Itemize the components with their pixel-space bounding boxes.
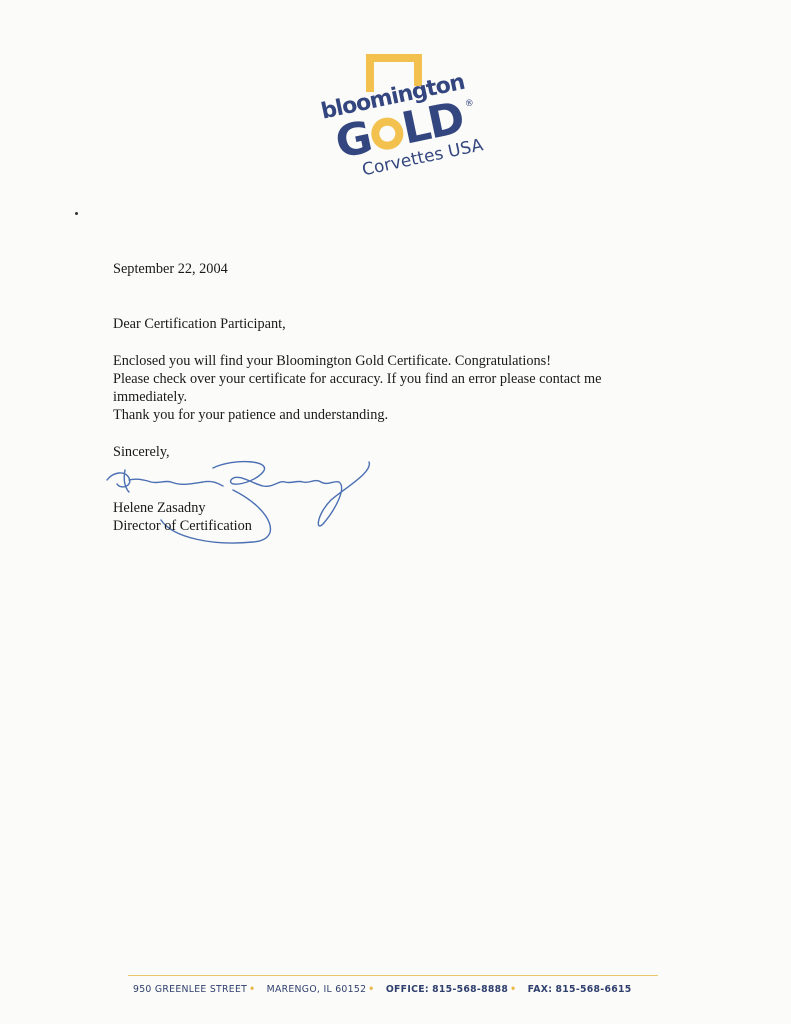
salutation: Dear Certification Participant, — [113, 315, 286, 333]
footer-street: 950 GREENLEE STREET — [133, 984, 247, 995]
fax-phone: 815-568-6615 — [556, 984, 632, 995]
signer-title: Director of Certification — [113, 517, 252, 535]
body-line: Enclosed you will find your Bloomington … — [113, 352, 601, 370]
letter-date: September 22, 2004 — [113, 260, 228, 278]
paper-speck — [75, 212, 78, 215]
signer-name: Helene Zasadny — [113, 499, 252, 517]
separator-dot: • — [249, 984, 255, 995]
letterhead-footer: 950 GREENLEE STREET• MARENGO, IL 60152• … — [133, 984, 632, 995]
footer-city: MARENGO, IL 60152 — [267, 984, 367, 995]
office-label: OFFICE: — [386, 984, 429, 995]
body-line: Please check over your certificate for a… — [113, 370, 601, 388]
footer-divider — [128, 975, 658, 976]
signer-block: Helene Zasadny Director of Certification — [113, 499, 252, 535]
bloomington-gold-logo: bloomington G LD ® Corvettes USA — [318, 46, 488, 176]
body-line: Thank you for your patience and understa… — [113, 406, 601, 424]
registered-mark: ® — [464, 98, 475, 110]
office-phone: 815-568-8888 — [432, 984, 508, 995]
separator-dot: • — [368, 984, 374, 995]
separator-dot: • — [510, 984, 516, 995]
fax-label: FAX: — [528, 984, 553, 995]
letter-body: Enclosed you will find your Bloomington … — [113, 352, 601, 424]
body-line: immediately. — [113, 388, 601, 406]
